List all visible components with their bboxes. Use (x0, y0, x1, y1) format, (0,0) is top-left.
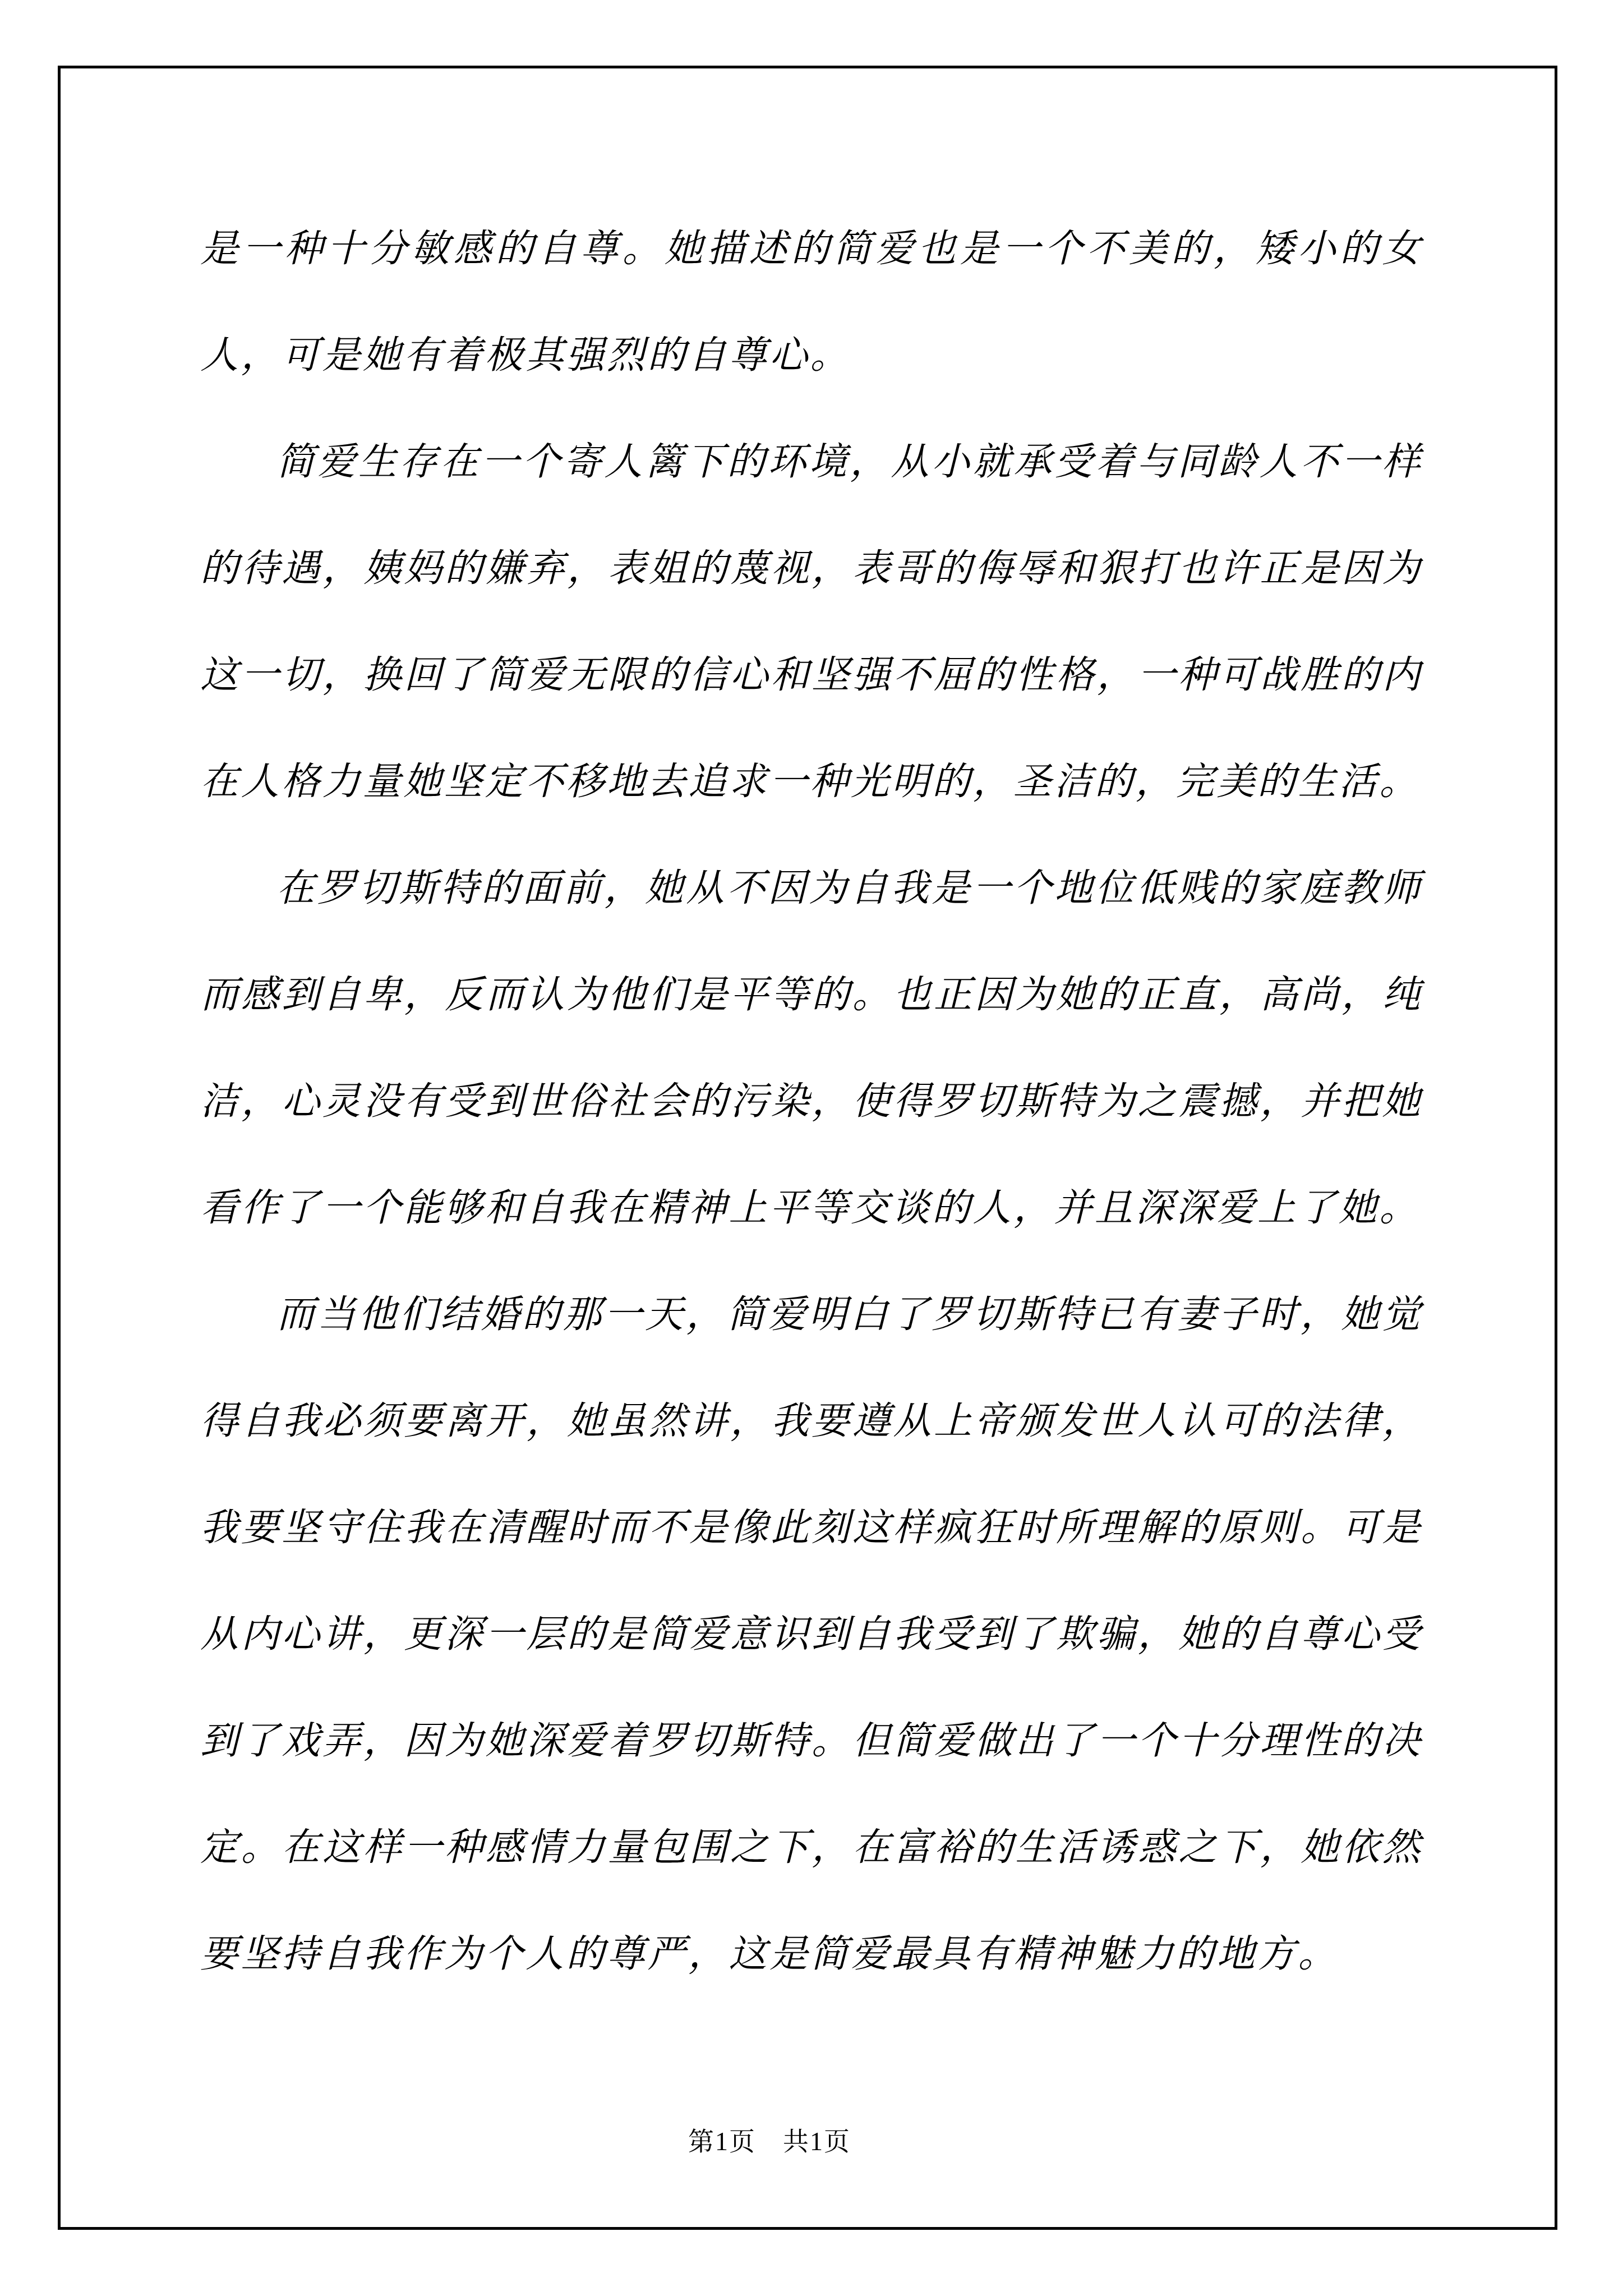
paragraph: 在罗切斯特的面前，她从不因为自我是一个地位低贱的家庭教师而感到自卑，反而认为他们… (200, 835, 1423, 1261)
page-number-label: 第1页 共1页 (688, 2127, 851, 2156)
page-border-frame: 是一种十分敏感的自尊。她描述的简爱也是一个不美的，矮小的女人，可是她有着极其强烈… (58, 66, 1557, 2230)
page-footer: 第1页 共1页 (61, 2125, 1555, 2159)
document-body: 是一种十分敏感的自尊。她描述的简爱也是一个不美的，矮小的女人，可是她有着极其强烈… (200, 195, 1423, 2007)
paragraph: 是一种十分敏感的自尊。她描述的简爱也是一个不美的，矮小的女人，可是她有着极其强烈… (200, 195, 1423, 408)
paragraph: 而当他们结婚的那一天，简爱明白了罗切斯特已有妻子时，她觉得自我必须要离开，她虽然… (200, 1261, 1423, 2007)
paragraph: 简爱生存在一个寄人篱下的环境，从小就承受着与同龄人不一样的待遇，姨妈的嫌弃，表姐… (200, 408, 1423, 835)
